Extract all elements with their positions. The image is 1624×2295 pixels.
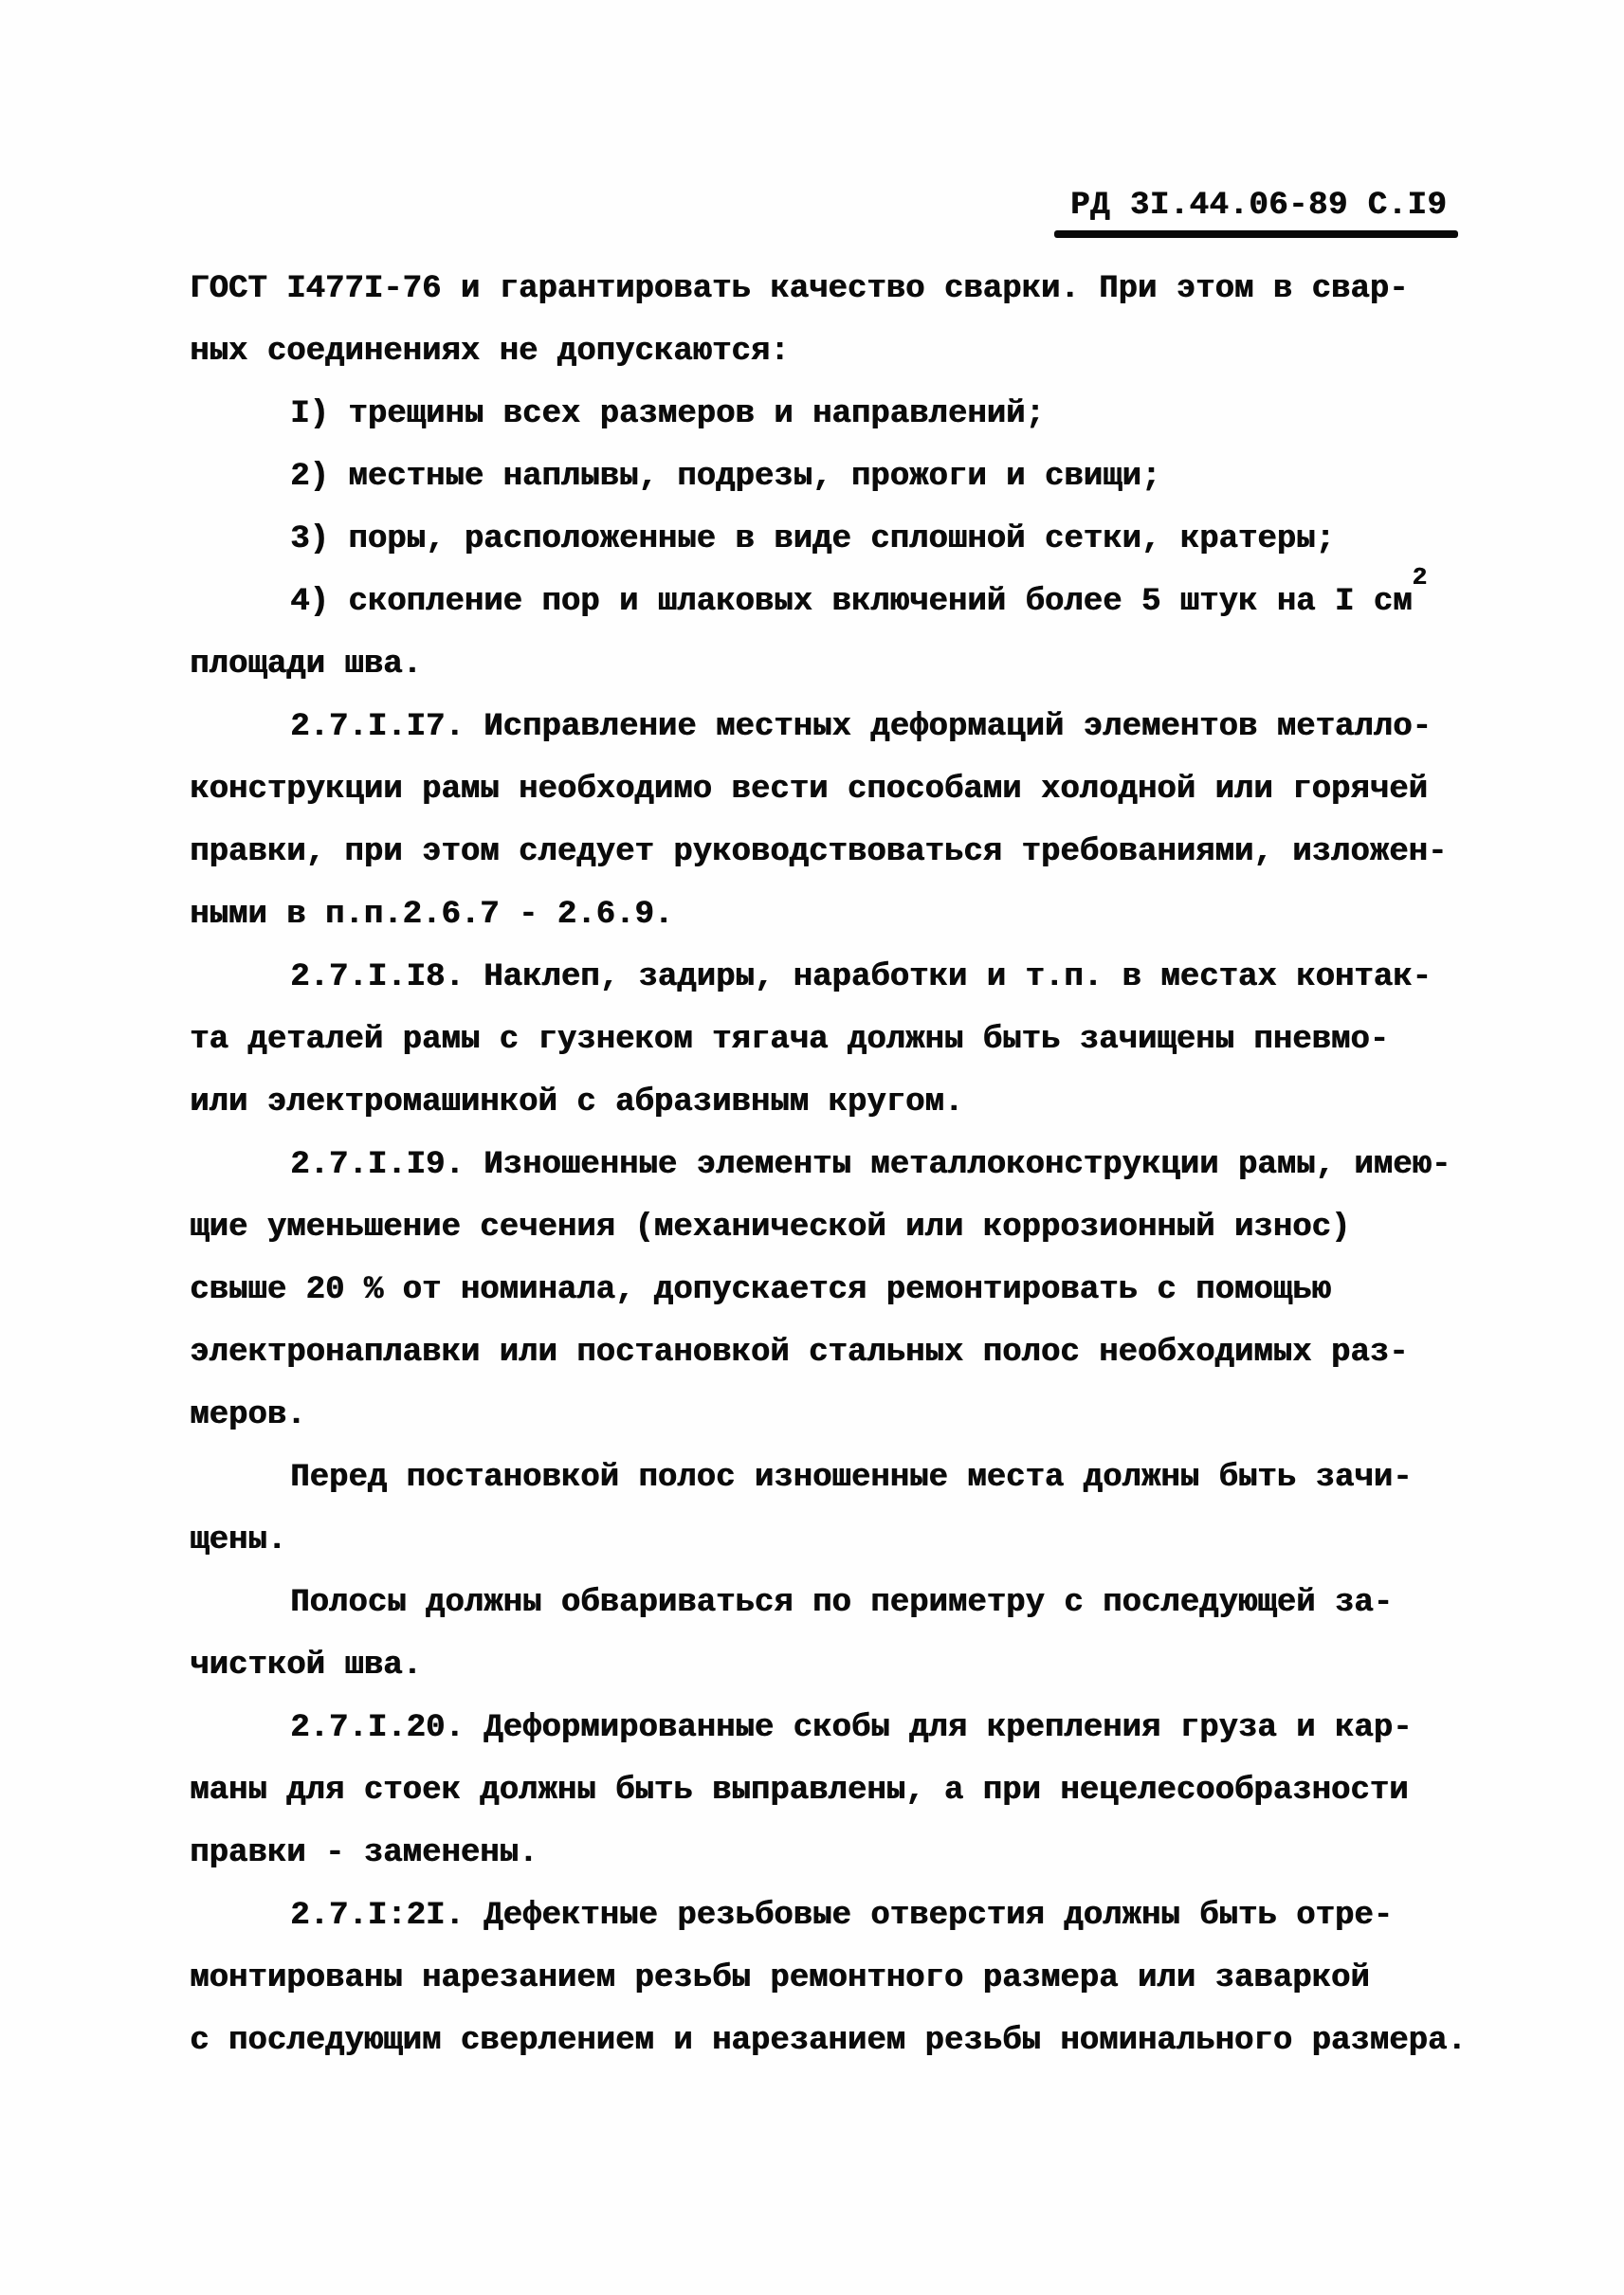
document-line: электронаплавки или постановкой стальных…	[190, 1321, 1517, 1384]
page-header: РД 3I.44.06-89 С.I9	[1054, 188, 1458, 238]
document-line: щены.	[190, 1509, 1517, 1572]
document-line: 2.7.I.I7. Исправление местных деформаций…	[190, 696, 1517, 758]
document-line: 2.7.I.20. Деформированные скобы для креп…	[190, 1697, 1517, 1759]
document-line: Полосы должны обвариваться по периметру …	[190, 1572, 1517, 1634]
document-line: или электромашинкой с абразивным кругом.	[190, 1071, 1517, 1134]
document-line: правки, при этом следует руководствовать…	[190, 821, 1517, 883]
document-line: Перед постановкой полос изношенные места…	[190, 1447, 1517, 1509]
document-line: 2.7.I.I9. Изношенные элементы металлокон…	[190, 1134, 1517, 1196]
document-line: монтированы нарезанием резьбы ремонтного…	[190, 1947, 1517, 2010]
doc-number-label: РД 3I.44.06-89 С.I9	[1054, 188, 1458, 224]
document-line: 3) поры, расположенные в виде сплошной с…	[190, 508, 1517, 571]
document-line: меров.	[190, 1384, 1517, 1447]
header-underline	[1054, 230, 1458, 238]
document-page: РД 3I.44.06-89 С.I9 ГОСТ I477I-76 и гара…	[0, 0, 1624, 2295]
document-line: 2) местные наплывы, подрезы, прожоги и с…	[190, 446, 1517, 508]
document-body: ГОСТ I477I-76 и гарантировать качество с…	[190, 258, 1517, 2072]
document-line: свыше 20 % от номинала, допускается ремо…	[190, 1259, 1517, 1321]
document-line: конструкции рамы необходимо вести способ…	[190, 758, 1517, 821]
document-line: площади шва.	[190, 633, 1517, 696]
document-line: ных соединениях не допускаются:	[190, 320, 1517, 383]
document-line: маны для стоек должны быть выправлены, а…	[190, 1759, 1517, 1822]
document-line: щие уменьшение сечения (механической или…	[190, 1196, 1517, 1259]
document-line: 2.7.I.I8. Наклеп, задиры, наработки и т.…	[190, 946, 1517, 1009]
document-line: с последующим сверлением и нарезанием ре…	[190, 2010, 1517, 2072]
document-line: правки - заменены.	[190, 1822, 1517, 1885]
superscript: 2	[1412, 563, 1427, 592]
document-line: чисткой шва.	[190, 1634, 1517, 1697]
document-line: 2.7.I:2I. Дефектные резьбовые отверстия …	[190, 1885, 1517, 1947]
document-line: 4) скопление пор и шлаковых включений бо…	[190, 571, 1517, 633]
document-line: ными в п.п.2.6.7 - 2.6.9.	[190, 883, 1517, 946]
document-line: ГОСТ I477I-76 и гарантировать качество с…	[190, 258, 1517, 320]
document-line: та деталей рамы с гузнеком тягача должны…	[190, 1009, 1517, 1071]
document-line: I) трещины всех размеров и направлений;	[190, 383, 1517, 446]
